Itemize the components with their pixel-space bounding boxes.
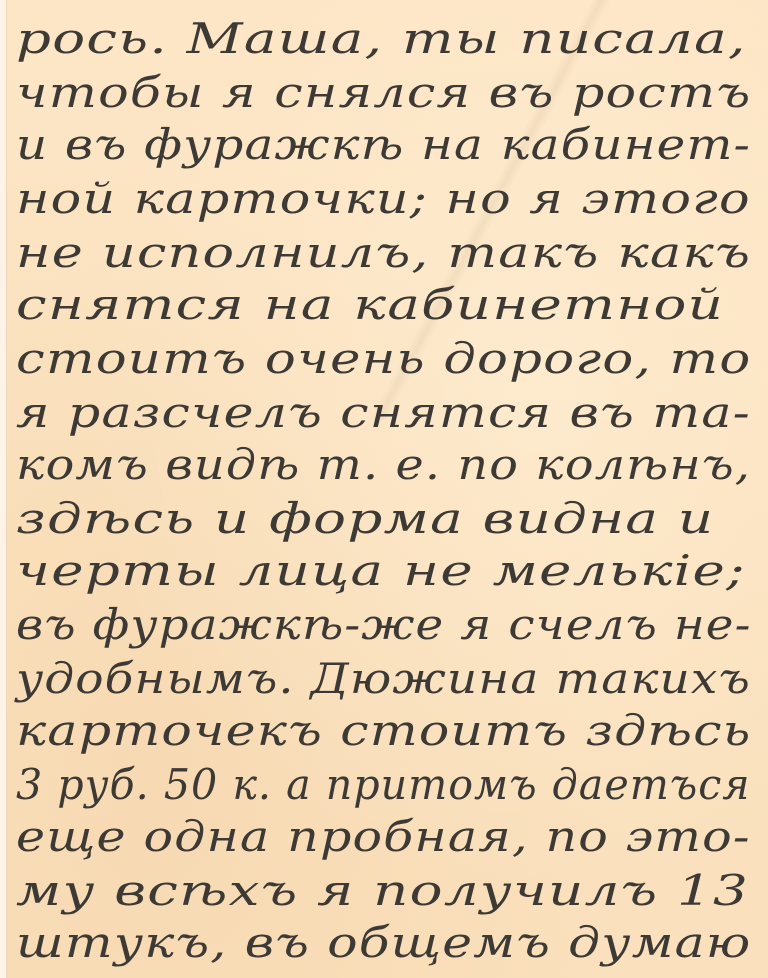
letter-line-8: я разсчелъ снятся въ та-: [16, 388, 751, 437]
letter-line-13: удобнымъ. Дюжина такихъ: [16, 654, 751, 703]
letter-line-15: 3 руб. 50 к. а притомъ даетъся: [16, 760, 751, 809]
letter-line-1: рось. Маша, ты писала,: [16, 14, 747, 63]
letter-page: рось. Маша, ты писала, чтобы я снялся въ…: [0, 0, 768, 978]
letter-line-3: и въ фуражкѣ на кабинет-: [16, 120, 751, 169]
letter-line-11: черты лица не мелькіе;: [16, 546, 746, 595]
letter-line-2: чтобы я снялся въ ростъ: [16, 68, 751, 117]
letter-line-12: въ фуражкѣ-же я счелъ не-: [16, 600, 751, 649]
letter-line-18: штукъ, въ общемъ думаю: [16, 918, 751, 967]
letter-line-4: ной карточки; но я этого: [16, 174, 751, 223]
letter-line-6: снятся на кабинетной: [16, 280, 724, 329]
letter-line-9: комъ видѣ т. е. по колѣнъ,: [16, 440, 751, 489]
letter-line-5: не исполнилъ, такъ какъ: [16, 228, 751, 277]
letter-line-14: карточекъ стоитъ здѣсь: [16, 706, 751, 755]
letter-line-10: здѣсь и форма видна и: [16, 494, 714, 543]
letter-line-16: еще одна пробная, по это-: [16, 812, 751, 861]
letter-line-17: му всѣхъ я получилъ 13: [16, 866, 749, 915]
letter-line-7: стоитъ очень дорого, то: [16, 334, 752, 383]
paper-edge: [0, 0, 7, 978]
